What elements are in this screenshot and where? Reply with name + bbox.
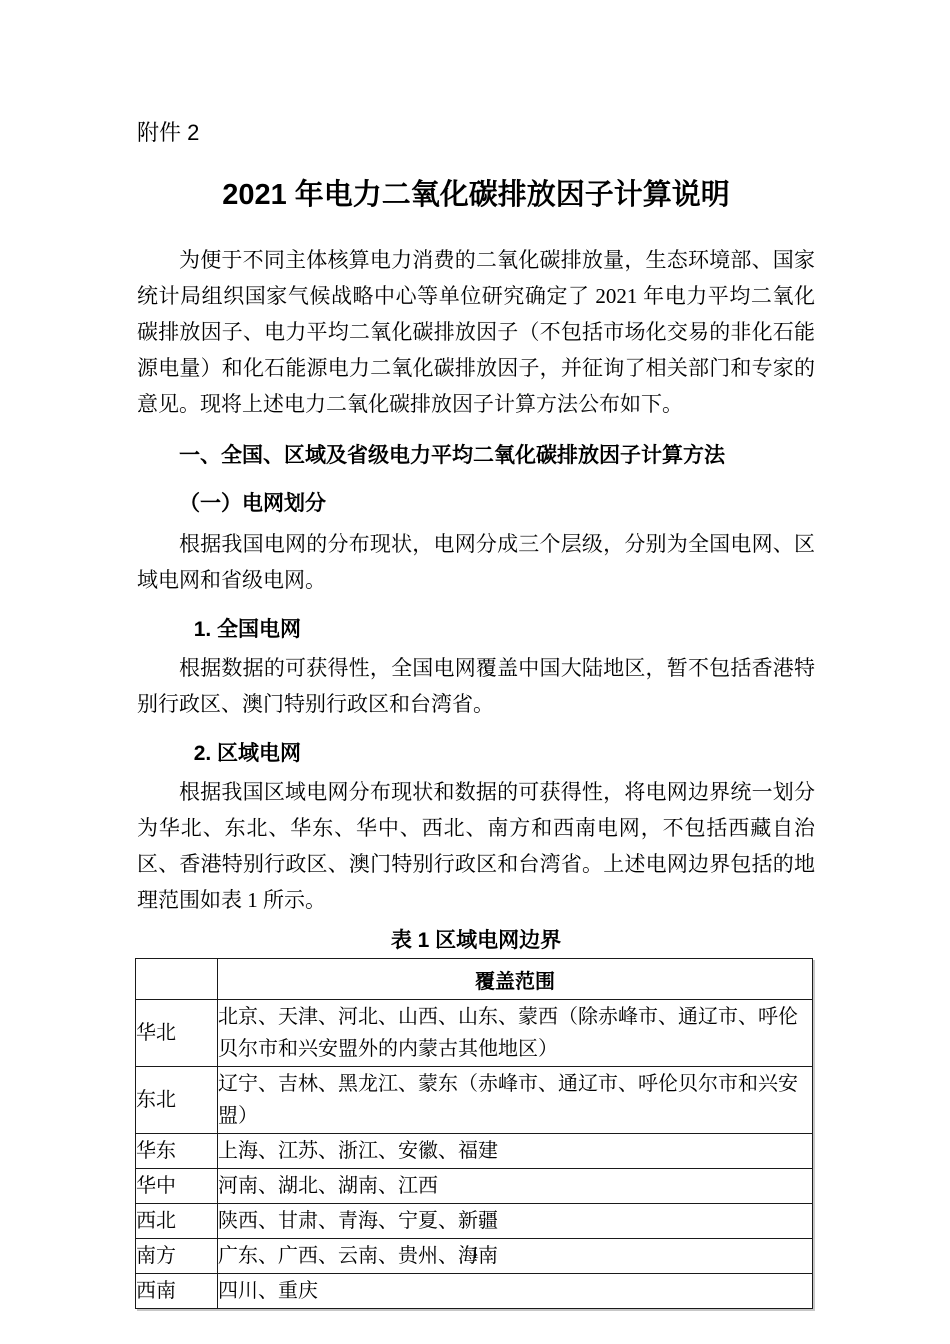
region-cell: 华北	[136, 1000, 218, 1067]
coverage-cell: 陕西、甘肃、青海、宁夏、新疆	[218, 1204, 813, 1239]
section-1-heading: 一、全国、区域及省级电力平均二氧化碳排放因子计算方法	[137, 438, 815, 474]
grid-division-paragraph: 根据我国电网的分布现状，电网分成三个层级，分别为全国电网、区域电网和省级电网。	[137, 526, 815, 598]
attachment-label: 附件 2	[137, 118, 815, 148]
table-header-row: 覆盖范围	[136, 959, 813, 1000]
table-caption: 表 1 区域电网边界	[137, 924, 815, 958]
national-grid-paragraph: 根据数据的可获得性，全国电网覆盖中国大陆地区，暂不包括香港特别行政区、澳门特别行…	[137, 650, 815, 722]
region-cell: 西北	[136, 1204, 218, 1239]
region-cell: 华中	[136, 1169, 218, 1204]
item-regional-grid-heading: 2. 区域电网	[137, 736, 815, 772]
table-row-huazhong: 华中 河南、湖北、湖南、江西	[136, 1169, 813, 1204]
regional-grid-paragraph: 根据我国区域电网分布现状和数据的可获得性，将电网边界统一划分为华北、东北、华东、…	[137, 774, 815, 918]
document-page: 附件 2 2021 年电力二氧化碳排放因子计算说明 为便于不同主体核算电力消费的…	[0, 0, 950, 1344]
region-cell: 西南	[136, 1274, 218, 1309]
coverage-cell: 河南、湖北、湖南、江西	[218, 1169, 813, 1204]
table-row-xinan: 西南 四川、重庆	[136, 1274, 813, 1309]
table-row-huabei: 华北 北京、天津、河北、山西、山东、蒙西（除赤峰市、通辽市、呼伦贝尔市和兴安盟外…	[136, 1000, 813, 1067]
item-national-grid-heading: 1. 全国电网	[137, 612, 815, 648]
subsection-grid-division-heading: （一）电网划分	[137, 486, 815, 522]
table-row-xibei: 西北 陕西、甘肃、青海、宁夏、新疆	[136, 1204, 813, 1239]
intro-paragraph: 为便于不同主体核算电力消费的二氧化碳排放量，生态环境部、国家统计局组织国家气候战…	[137, 242, 815, 422]
table-row-huadong: 华东 上海、江苏、浙江、安徽、福建	[136, 1134, 813, 1169]
page-number: 1	[0, 1243, 950, 1263]
region-header-cell-empty	[136, 959, 218, 1000]
coverage-cell: 辽宁、吉林、黑龙江、蒙东（赤峰市、通辽市、呼伦贝尔市和兴安盟）	[218, 1067, 813, 1134]
region-cell: 东北	[136, 1067, 218, 1134]
table-row-dongbei: 东北 辽宁、吉林、黑龙江、蒙东（赤峰市、通辽市、呼伦贝尔市和兴安盟）	[136, 1067, 813, 1134]
document-title: 2021 年电力二氧化碳排放因子计算说明	[137, 174, 815, 216]
coverage-cell: 四川、重庆	[218, 1274, 813, 1309]
coverage-cell: 北京、天津、河北、山西、山东、蒙西（除赤峰市、通辽市、呼伦贝尔市和兴安盟外的内蒙…	[218, 1000, 813, 1067]
region-cell: 华东	[136, 1134, 218, 1169]
coverage-header-cell: 覆盖范围	[218, 959, 813, 1000]
coverage-cell: 上海、江苏、浙江、安徽、福建	[218, 1134, 813, 1169]
